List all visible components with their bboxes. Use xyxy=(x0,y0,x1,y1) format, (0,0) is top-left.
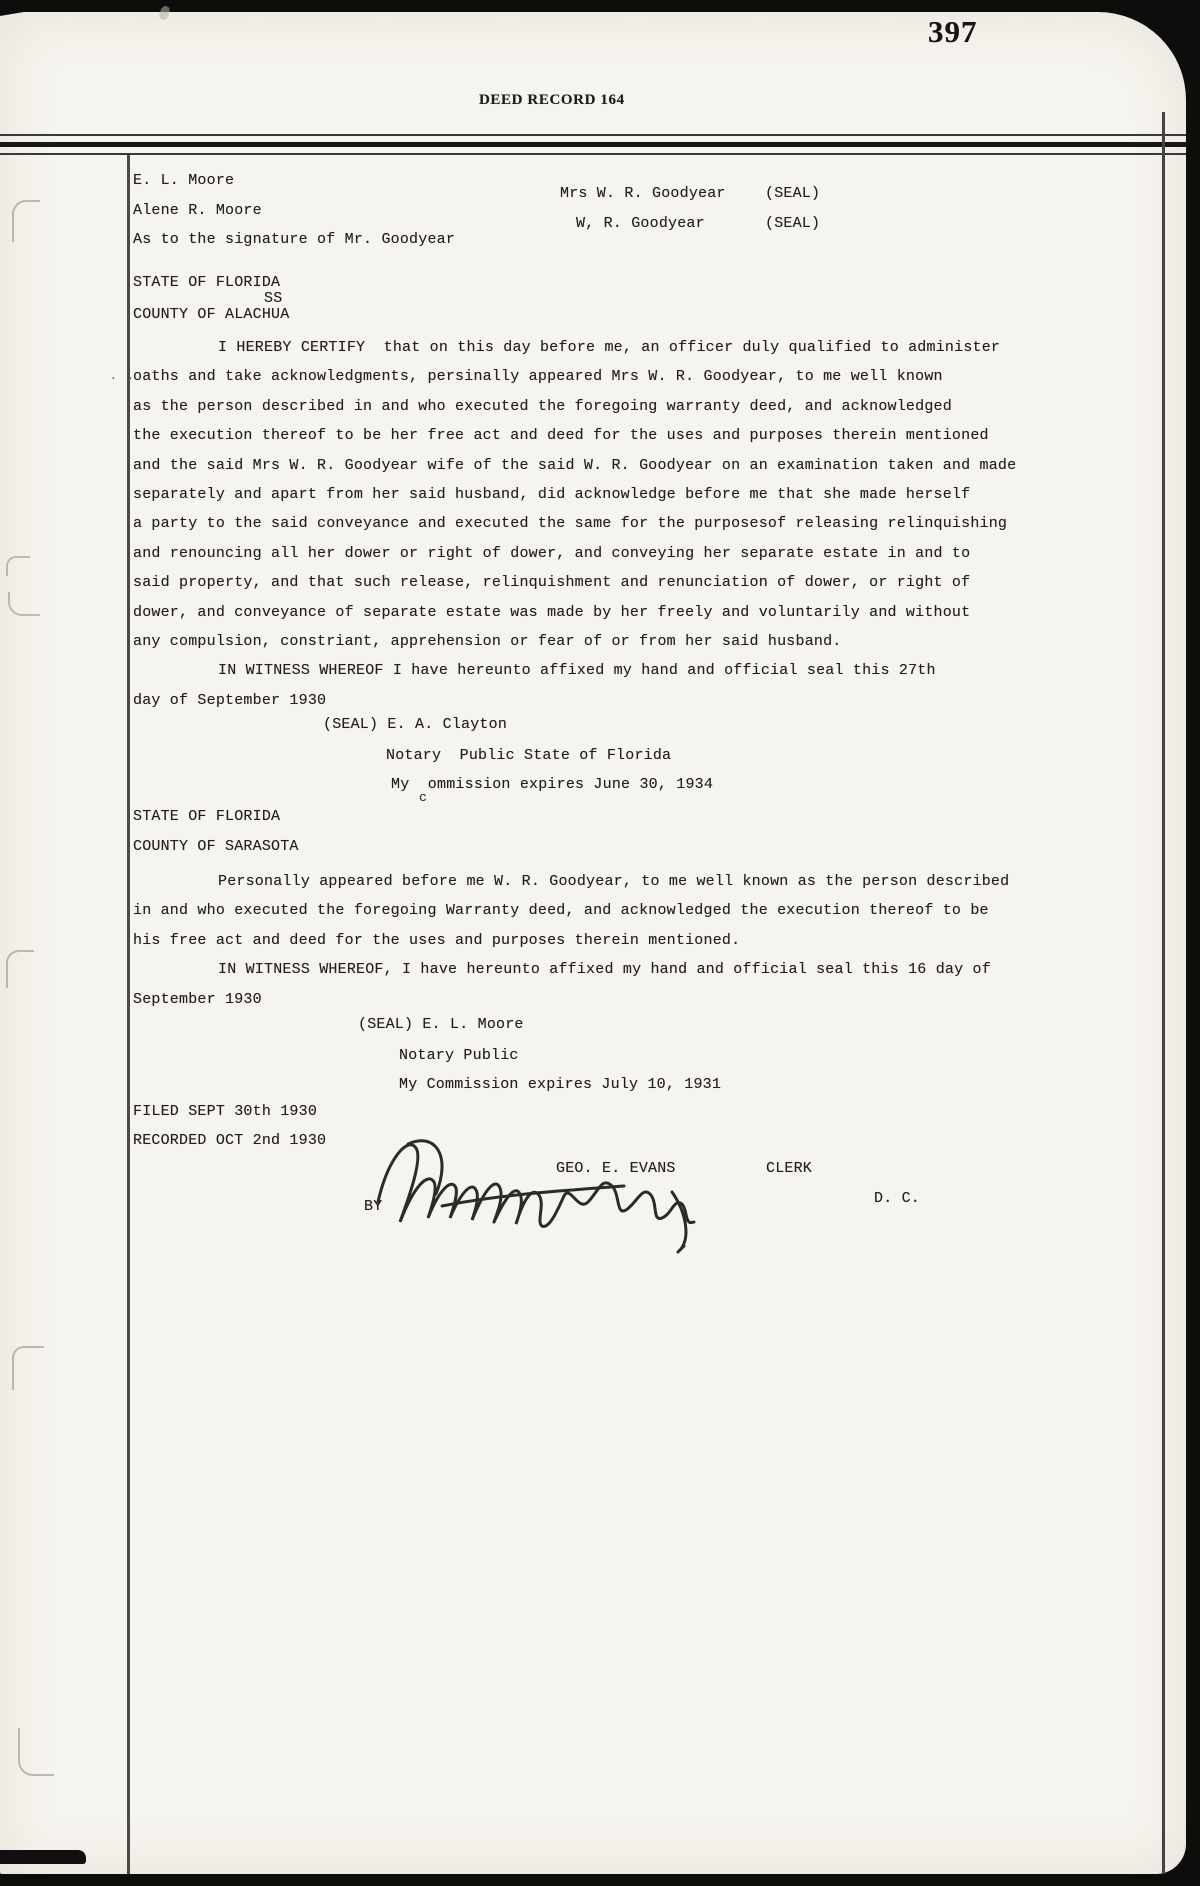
margin-artifact xyxy=(6,950,34,988)
witness-clause-line: day of September 1930 xyxy=(133,686,1016,715)
margin-artifact xyxy=(6,556,30,576)
notary-title: Notary Public xyxy=(399,1047,519,1064)
clerk-handwritten-signature xyxy=(372,1128,717,1258)
scanned-deed-page: . . 397 DEED RECORD 164 E. L. Moore Alen… xyxy=(0,0,1200,1886)
seal-label: (SEAL) xyxy=(765,185,820,202)
book-header: DEED RECORD 164 xyxy=(479,92,625,109)
paragraph-line: separately and apart from her said husba… xyxy=(133,480,1016,509)
paragraph-line: a party to the said conveyance and execu… xyxy=(133,509,1016,538)
header-rule-thick xyxy=(0,142,1186,147)
right-page-edge-rule xyxy=(1162,112,1165,1874)
paragraph-line: and renouncing all her dower or right of… xyxy=(133,539,1016,568)
ss-label: SS xyxy=(264,290,282,307)
witness-name: Alene R. Moore xyxy=(133,202,262,219)
witness-clause-line: IN WITNESS WHEREOF I have hereunto affix… xyxy=(133,656,1016,685)
notary-commission: My ommission expires June 30, 1934 xyxy=(391,776,713,793)
dropped-typewriter-char: c xyxy=(419,790,427,805)
paragraph-line: dower, and conveyance of separate estate… xyxy=(133,598,1016,627)
paragraph-line: oaths and take acknowledgments, persinal… xyxy=(133,362,1016,391)
filed-stamp: FILED SEPT 30th 1930 xyxy=(133,1103,317,1120)
state-heading: STATE OF FLORIDA xyxy=(133,808,280,825)
signatory-name: Mrs W. R. Goodyear xyxy=(560,185,726,202)
clerk-title: CLERK xyxy=(766,1160,812,1177)
margin-artifact xyxy=(18,1728,54,1776)
alachua-acknowledgment-paragraph: I HEREBY CERTIFY that on this day before… xyxy=(133,333,1016,715)
notary-seal-signature: (SEAL) E. A. Clayton xyxy=(323,716,507,733)
paragraph-line: Personally appeared before me W. R. Good… xyxy=(133,867,1009,896)
paragraph-line: and the said Mrs W. R. Goodyear wife of … xyxy=(133,451,1016,480)
paragraph-line: the execution thereof to be her free act… xyxy=(133,421,1016,450)
paragraph-line: in and who executed the foregoing Warran… xyxy=(133,896,1009,925)
left-margin-rule xyxy=(127,155,130,1874)
witness-clause-line: September 1930 xyxy=(133,985,1009,1014)
notary-seal-signature: (SEAL) E. L. Moore xyxy=(358,1016,524,1033)
paragraph-line: said property, and that such release, re… xyxy=(133,568,1016,597)
state-heading: STATE OF FLORIDA xyxy=(133,274,280,291)
paragraph-line: his free act and deed for the uses and p… xyxy=(133,926,1009,955)
paragraph-line: I HEREBY CERTIFY that on this day before… xyxy=(133,333,1016,362)
scan-edge-wedge xyxy=(0,0,95,16)
county-heading: COUNTY OF ALACHUA xyxy=(133,306,289,323)
header-rule-thin-bottom xyxy=(0,153,1186,155)
witness-clause-line: IN WITNESS WHEREOF, I have hereunto affi… xyxy=(133,955,1009,984)
signatory-name: W, R. Goodyear xyxy=(576,215,705,232)
recorded-stamp: RECORDED OCT 2nd 1930 xyxy=(133,1132,326,1149)
sarasota-acknowledgment-paragraph: Personally appeared before me W. R. Good… xyxy=(133,867,1009,1014)
margin-artifact xyxy=(12,200,40,242)
paragraph-line: as the person described in and who execu… xyxy=(133,392,1016,421)
margin-artifact xyxy=(12,1346,44,1390)
scan-edge-blob xyxy=(0,1850,86,1864)
seal-label: (SEAL) xyxy=(765,215,820,232)
header-rule-thin-top xyxy=(0,134,1186,136)
county-heading: COUNTY OF SARASOTA xyxy=(133,838,299,855)
notary-commission: My Commission expires July 10, 1931 xyxy=(399,1076,721,1093)
witness-note: As to the signature of Mr. Goodyear xyxy=(133,231,455,248)
margin-dots: . . xyxy=(110,371,122,375)
notary-title: Notary Public State of Florida xyxy=(386,747,671,764)
paragraph-line: any compulsion, constriant, apprehension… xyxy=(133,627,1016,656)
margin-artifact xyxy=(8,592,40,616)
witness-name: E. L. Moore xyxy=(133,172,234,189)
page-number: 397 xyxy=(928,14,978,50)
deputy-clerk-label: D. C. xyxy=(874,1190,920,1207)
